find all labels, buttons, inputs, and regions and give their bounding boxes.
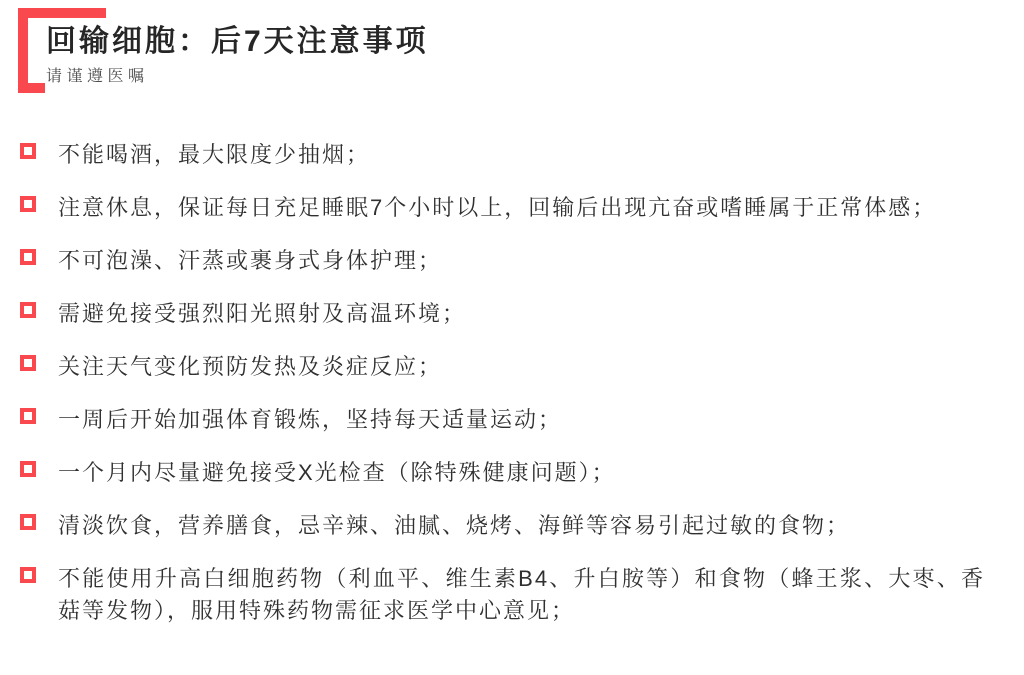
note-text: 一个月内尽量避免接受X光检查（除特殊健康问题）； <box>58 457 985 489</box>
slide-page: 回输细胞：后7天注意事项 请谨遵医嘱 不能喝酒，最大限度少抽烟； 注意休息，保证… <box>0 0 1024 675</box>
bullet-square-icon <box>20 196 36 212</box>
bullet-square-icon <box>20 143 36 159</box>
page-title: 回输细胞：后7天注意事项 <box>46 26 1024 58</box>
notes-list: 不能喝酒，最大限度少抽烟； 注意休息，保证每日充足睡眠7个小时以上，回输后出现亢… <box>0 139 1024 627</box>
bullet-square-icon <box>20 355 36 371</box>
header: 回输细胞：后7天注意事项 请谨遵医嘱 <box>0 0 1024 86</box>
note-text: 一周后开始加强体育锻炼，坚持每天适量运动； <box>58 404 985 436</box>
list-item: 关注天气变化预防发热及炎症反应； <box>20 351 985 383</box>
bullet-square-icon <box>20 514 36 530</box>
list-item: 清淡饮食，营养膳食，忌辛辣、油腻、烧烤、海鲜等容易引起过敏的食物； <box>20 510 985 542</box>
page-subtitle: 请谨遵医嘱 <box>46 68 1024 86</box>
list-item: 需避免接受强烈阳光照射及高温环境； <box>20 298 985 330</box>
list-item: 不能使用升高白细胞药物（利血平、维生素B4、升白胺等）和食物（蜂王浆、大枣、香菇… <box>20 563 985 627</box>
list-item: 不可泡澡、汗蒸或裹身式身体护理； <box>20 245 985 277</box>
note-text: 需避免接受强烈阳光照射及高温环境； <box>58 298 985 330</box>
bullet-square-icon <box>20 408 36 424</box>
bullet-square-icon <box>20 567 36 583</box>
note-text: 注意休息，保证每日充足睡眠7个小时以上，回输后出现亢奋或嗜睡属于正常体感； <box>58 192 985 224</box>
title-bracket-icon <box>18 8 106 93</box>
list-item: 一周后开始加强体育锻炼，坚持每天适量运动； <box>20 404 985 436</box>
bullet-square-icon <box>20 461 36 477</box>
list-item: 不能喝酒，最大限度少抽烟； <box>20 139 985 171</box>
note-text: 清淡饮食，营养膳食，忌辛辣、油腻、烧烤、海鲜等容易引起过敏的食物； <box>58 510 985 542</box>
bullet-square-icon <box>20 249 36 265</box>
list-item: 注意休息，保证每日充足睡眠7个小时以上，回输后出现亢奋或嗜睡属于正常体感； <box>20 192 985 224</box>
list-item: 一个月内尽量避免接受X光检查（除特殊健康问题）； <box>20 457 985 489</box>
bullet-square-icon <box>20 302 36 318</box>
note-text: 不可泡澡、汗蒸或裹身式身体护理； <box>58 245 985 277</box>
note-text: 关注天气变化预防发热及炎症反应； <box>58 351 985 383</box>
note-text: 不能喝酒，最大限度少抽烟； <box>58 139 985 171</box>
note-text: 不能使用升高白细胞药物（利血平、维生素B4、升白胺等）和食物（蜂王浆、大枣、香菇… <box>58 563 985 627</box>
